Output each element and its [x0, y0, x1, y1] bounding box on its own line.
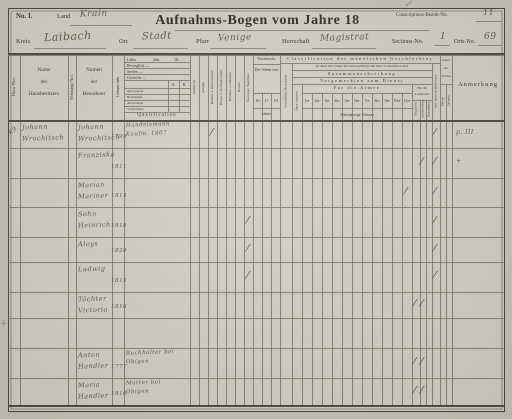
remarks-column-header: Anmerkung [452, 82, 504, 89]
table-gridline-horizontal [302, 93, 412, 94]
tally-tick-mark: / [245, 243, 250, 253]
resident-name-entry: Sohn [78, 211, 97, 218]
table-gridline-horizontal [8, 318, 504, 319]
orts-number-label: Orts-No. [454, 39, 475, 45]
classification-title: Classification des männlichen Geschlecht… [281, 57, 439, 62]
remark-entry: + [456, 159, 462, 165]
resident-name-entry: Anton [78, 352, 100, 359]
census-sheet: ✓ + No. I. Land Krain Aufnahms-Bogen vom… [0, 0, 512, 419]
aufnahme-header-cell: 18.. [174, 58, 180, 62]
livestock-group-title: Viehes [440, 75, 452, 79]
table-gridline-vertical [302, 84, 303, 405]
sheet-number-label: No. I. [16, 13, 33, 20]
table-gridline-horizontal [8, 207, 504, 208]
header-field-underline [133, 48, 188, 49]
pfarr-value: Venige [218, 33, 252, 43]
conscription-district-value: 11 [483, 9, 494, 17]
table-gridline-vertical [452, 55, 453, 405]
age-class-cell: 3te [322, 96, 332, 106]
table-gridline-vertical [262, 93, 263, 405]
land-value: Krain [80, 10, 108, 20]
header-field-underline [210, 48, 266, 49]
qualification-entry: Obigen [126, 360, 149, 366]
table-gridline-horizontal [8, 348, 504, 349]
nachwuchs-age-cell: 16 [253, 96, 262, 106]
age-class-cell: 12te [402, 96, 412, 106]
table-gridline-horizontal [8, 178, 504, 179]
pfarr-label: Pfarr [196, 39, 209, 46]
class-column-label: Bauern [235, 58, 244, 116]
age-class-cell: 2te [312, 96, 322, 106]
aufnahme-row-label: Seelen — [127, 70, 143, 74]
landwehr-box-label: Landwehr [412, 93, 432, 97]
nachwuchs-age-cell: 17 [262, 96, 271, 106]
tally-tick-mark: / [403, 186, 408, 196]
age-class-cell: 1te [302, 96, 312, 106]
birth-year-entry: 1777 [111, 365, 127, 371]
table-gridline-horizontal [292, 70, 432, 71]
dienst-group-line3: Vorgemerkten zum Dienst [293, 79, 431, 84]
dienst-group-line2: Zusammenschreibung [293, 72, 431, 77]
livestock-group-title: des [440, 67, 452, 71]
table-gridline-vertical [280, 55, 281, 405]
table-gridline-horizontal [124, 112, 190, 113]
houseowner-name-entry: Johann [22, 124, 48, 131]
table-gridline-vertical [426, 100, 427, 405]
kreis-label: Kreis [16, 39, 30, 46]
table-gridline-horizontal [8, 55, 504, 56]
revision-row-label: Beurlaubte [127, 96, 142, 100]
table-gridline-vertical [112, 55, 113, 405]
landwehr-box-label: Für die [412, 87, 432, 91]
table-gridline-horizontal [280, 63, 440, 64]
resident-name-entry: Marian [78, 182, 105, 189]
birth-year-entry: 1810 [111, 392, 127, 398]
table-gridline-vertical [124, 55, 125, 405]
table-gridline-horizontal [292, 77, 432, 78]
class-column-label: Beamte u. Honoratioren [208, 58, 217, 116]
header-field-underline [70, 25, 132, 26]
dienst-sub-column-label: Taugliche [412, 101, 420, 117]
revision-row-label: Verstorbene [127, 108, 144, 112]
resident-name-entry: Victoria [78, 306, 108, 314]
age-class-cell: 8te [372, 96, 382, 106]
revision-row-label: Abwesende [127, 102, 143, 106]
sections-number-value: 1 [440, 33, 446, 42]
age-class-cell: 6te [352, 96, 362, 106]
table-gridline-horizontal [8, 237, 504, 238]
houseowner-column-header: Name [20, 68, 68, 74]
nachwuchs-group-title: Nachwuchs [253, 57, 280, 61]
sections-number-label: Sections-No. [392, 39, 423, 45]
orts-number-value: 69 [484, 33, 496, 42]
header-field-underline [434, 45, 450, 46]
table-gridline-vertical [332, 93, 333, 405]
table-gridline-horizontal [302, 108, 412, 109]
table-gridline-horizontal [292, 84, 432, 85]
resident-name-entry: Handler [78, 362, 109, 370]
age-classes-footer: Altersjährige Klassen [303, 110, 411, 119]
resident-name-entry: Maria [78, 382, 100, 389]
houseowner-name-entry: Wrochitsch [22, 134, 64, 142]
table-gridline-horizontal [253, 64, 280, 65]
table-gridline-vertical [392, 93, 393, 405]
resident-name-entry: Ludwig [78, 266, 106, 273]
houseowner-column-header: des [20, 80, 68, 85]
table-gridline-horizontal [8, 405, 504, 407]
revision-column-header: R. [179, 81, 190, 88]
table-gridline-vertical [76, 55, 77, 405]
table-gridline-vertical [20, 55, 21, 405]
table-gridline-horizontal [253, 93, 280, 94]
nachwuchs-subtitle: Die Söhne von [254, 68, 279, 72]
resident-name-entry: Töchter [78, 296, 107, 303]
class-column-label: Adelige [199, 58, 208, 116]
table-gridline-horizontal [440, 84, 452, 85]
table-gridline-vertical [292, 63, 293, 405]
livestock-group-title: Stand [440, 59, 452, 63]
residents-column-header: Namen [76, 68, 112, 74]
class-column-label: Inwohner, Taglöhner [244, 58, 253, 116]
ort-label: Ort [119, 39, 128, 46]
table-gridline-horizontal [8, 120, 504, 122]
resident-name-entry: Mariner [78, 192, 109, 200]
residents-column-header: Bewohner [76, 92, 112, 98]
table-gridline-vertical [432, 63, 433, 405]
nachwuchs-age-cell: 18 [271, 96, 280, 106]
ort-value: Stadt [142, 31, 172, 42]
table-gridline-vertical [372, 93, 373, 405]
dienst-group-line1: In diese bei voriger Revision gehörige m… [293, 65, 431, 69]
temporary-exemption-column-header: Auf zeitliche Befreiung [432, 64, 440, 118]
qualification-entry: Obigen [126, 390, 149, 396]
birth-year-column-header: Geburts-Jahr [112, 58, 124, 116]
aufnahme-header-cell: Lebte [127, 58, 136, 62]
table-gridline-horizontal [8, 292, 504, 293]
header-field-underline [478, 45, 502, 46]
resident-name-entry: Heinrich [78, 221, 111, 229]
table-gridline-vertical [352, 93, 353, 405]
header-field-underline [175, 30, 430, 31]
class-column-label: Künstler u. Gehilfen [226, 58, 235, 116]
table-gridline-horizontal [8, 378, 504, 379]
table-gridline-horizontal [8, 148, 504, 149]
houseowner-column-header: Hausbesitzers [20, 92, 68, 98]
header-field-underline [476, 21, 502, 22]
pencil-checkmark: ✓ [404, 0, 413, 10]
land-label: Land [57, 14, 70, 21]
herrschaft-label: Herrschaft [282, 39, 309, 46]
header-field-underline [34, 48, 106, 49]
nachwuchs-footer: Jahren [254, 109, 279, 119]
birth-year-entry: 1818 [111, 224, 127, 230]
page-title: Aufnahms-Bogen vom Jahre 18 [150, 14, 365, 28]
header-field-underline [312, 48, 376, 49]
age-class-cell: 5te [342, 96, 352, 106]
margin-cross-mark: + [0, 320, 8, 329]
table-gridline-horizontal [8, 262, 504, 263]
class-column-label: Geistliche [190, 58, 199, 116]
house-number-column-header: Haus-Nro. [8, 58, 20, 116]
age-class-cell: 9te [382, 96, 392, 106]
birth-year-entry: 1815 [111, 279, 127, 285]
birth-year-entry: 1820 [111, 249, 127, 255]
age-class-cell: 4te [332, 96, 342, 106]
residents-column-header: der [76, 80, 112, 85]
table-gridline-vertical [342, 93, 343, 405]
age-class-cell: 7te [362, 96, 372, 106]
revision-column-header: A. [168, 81, 179, 88]
conscription-district-label: Conscriptions-Bezirk-No. [396, 13, 448, 18]
resident-name-entry: Handler [78, 392, 109, 400]
birth-year-entry: 1811 [111, 165, 127, 171]
qualification-column-footer: Qualification [124, 113, 190, 118]
age-class-cell: 10te [392, 96, 402, 106]
class-column-label: Bürger u. Professionisten [217, 58, 226, 116]
table-gridline-vertical [312, 93, 313, 405]
dwelling-number-column-header: Wohnungs-Nro. [68, 58, 76, 116]
table-gridline-horizontal [253, 108, 280, 109]
birth-year-entry: 1816 [111, 305, 127, 311]
table-gridline-vertical [402, 93, 403, 405]
table-gridline-vertical [322, 93, 323, 405]
aufnahme-header-cell: Jahr [153, 58, 160, 62]
tally-tick-mark: / [432, 186, 437, 196]
military-leave-column-header: Vom Militär Beurlaubte [280, 64, 292, 118]
revision-row-label: Anwesende [127, 90, 143, 94]
tally-tick-mark: / [412, 385, 417, 395]
table-gridline-vertical [382, 93, 383, 405]
resident-name-entry: Johann [78, 124, 104, 131]
table-gridline-vertical [271, 93, 272, 405]
livestock-column-label: Ochsen [446, 86, 452, 116]
table-gridline-vertical [362, 93, 363, 405]
birth-year-entry: 1814 [111, 194, 127, 200]
armee-group-label: Für die Armee [302, 86, 412, 91]
aufnahme-row-label: Beweglich — [127, 64, 149, 68]
fit-without-objection-column-header: Ohne Anstand [292, 85, 302, 117]
tally-tick-mark: / [419, 385, 424, 395]
aufnahme-row-label: Gewerbe — [127, 76, 146, 80]
birth-year-entry: 1799 [111, 135, 127, 141]
table-gridline-vertical [446, 84, 447, 405]
resident-name-entry: Franziska [78, 151, 115, 159]
kreis-value: Laibach [44, 30, 92, 43]
resident-name-entry: Aloys [78, 241, 98, 248]
remark-entry: p. III [456, 130, 474, 136]
herrschaft-value: Magistrat [320, 33, 370, 44]
tally-tick-mark: / [432, 243, 437, 253]
dienst-sub-column-label: Zusammen [426, 101, 432, 117]
table-gridline-vertical [68, 55, 69, 405]
